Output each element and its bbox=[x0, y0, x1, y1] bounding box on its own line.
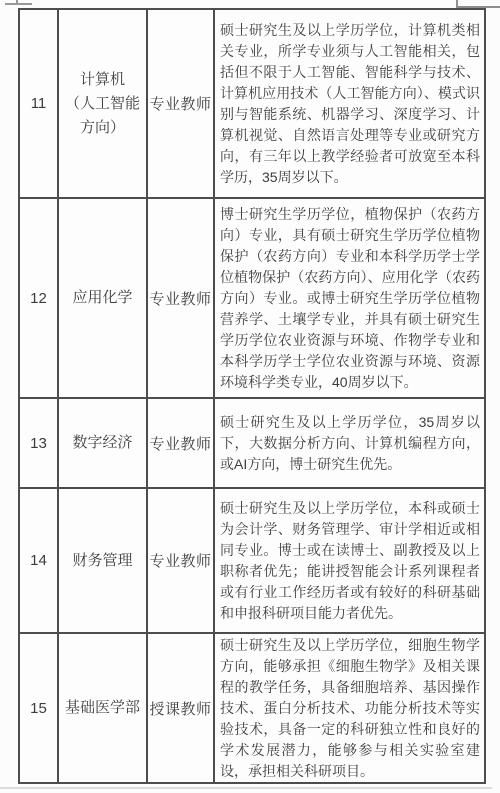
subject-cell: 应用化学 bbox=[59, 199, 148, 397]
subject-cell: 基础医学部 bbox=[59, 634, 148, 782]
row-number-cell: 13 bbox=[20, 399, 59, 487]
position-type-cell: 专业教师 bbox=[148, 199, 215, 397]
position-type-cell: 授课教师 bbox=[148, 634, 215, 782]
table-row-12: 12 应用化学 专业教师 博士研究生学历学位，植物保护（农药方向）专业，具有硕士… bbox=[20, 199, 484, 399]
position-type-cell: 专业教师 bbox=[148, 489, 215, 632]
requirements-text: 硕士研究生及以上学历学位，35周岁以下，大数据分析方向、计算机编程方向，或AI方… bbox=[220, 412, 480, 475]
row-number-cell: 15 bbox=[20, 634, 59, 782]
subject-cell: 数字经济 bbox=[59, 399, 148, 487]
row-number-cell: 11 bbox=[20, 10, 59, 197]
table-row-13: 13 数字经济 专业教师 硕士研究生及以上学历学位，35周岁以下，大数据分析方向… bbox=[20, 399, 484, 489]
requirements-text: 硕士研究生及以上学历学位，计算机类相关专业，所学专业须与人工智能相关，包括但不限… bbox=[220, 20, 480, 188]
subject-cell: 财务管理 bbox=[59, 489, 148, 632]
crop-artifact-top-left-vertical bbox=[16, 0, 18, 4]
table-row-15: 15 基础医学部 授课教师 硕士研究生及以上学历学位，细胞生物学方向，能够承担《… bbox=[20, 634, 484, 782]
requirements-cell: 硕士研究生及以上学历学位，35周岁以下，大数据分析方向、计算机编程方向，或AI方… bbox=[215, 399, 484, 487]
crop-artifact-bottom-line bbox=[0, 787, 492, 789]
row-number-cell: 12 bbox=[20, 199, 59, 397]
document-page: 11 计算机 （人工智能 方向） 专业教师 硕士研究生及以上学历学位，计算机类相… bbox=[0, 0, 500, 793]
row-number-cell: 14 bbox=[20, 489, 59, 632]
requirements-text: 硕士研究生及以上学历学位，细胞生物学方向，能够承担《细胞生物学》及相关课程的教学… bbox=[220, 635, 480, 782]
position-type-cell: 专业教师 bbox=[148, 10, 215, 197]
requirements-text: 博士研究生学历学位，植物保护（农药方向）专业，具有硕士研究生学历学位植物保护（农… bbox=[220, 204, 480, 393]
position-type-cell: 专业教师 bbox=[148, 399, 215, 487]
requirements-cell: 博士研究生学历学位，植物保护（农药方向）专业，具有硕士研究生学历学位植物保护（农… bbox=[215, 199, 484, 397]
requirements-cell: 硕士研究生及以上学历学位，计算机类相关专业，所学专业须与人工智能相关，包括但不限… bbox=[215, 10, 484, 197]
table-row-11: 11 计算机 （人工智能 方向） 专业教师 硕士研究生及以上学历学位，计算机类相… bbox=[20, 10, 484, 199]
requirements-cell: 硕士研究生及以上学历学位，本科或硕士为会计学、财务管理学、审计学相近或相同专业。… bbox=[215, 489, 484, 632]
table-row-14: 14 财务管理 专业教师 硕士研究生及以上学历学位，本科或硕士为会计学、财务管理… bbox=[20, 489, 484, 634]
crop-artifact-top-left-horizontal bbox=[5, 3, 32, 5]
recruitment-table: 11 计算机 （人工智能 方向） 专业教师 硕士研究生及以上学历学位，计算机类相… bbox=[18, 8, 486, 784]
requirements-cell: 硕士研究生及以上学历学位，细胞生物学方向，能够承担《细胞生物学》及相关课程的教学… bbox=[215, 634, 484, 782]
subject-cell: 计算机 （人工智能 方向） bbox=[59, 10, 148, 197]
requirements-text: 硕士研究生及以上学历学位，本科或硕士为会计学、财务管理学、审计学相近或相同专业。… bbox=[220, 498, 480, 624]
crop-artifact-top-right-vertical bbox=[456, 0, 458, 7]
